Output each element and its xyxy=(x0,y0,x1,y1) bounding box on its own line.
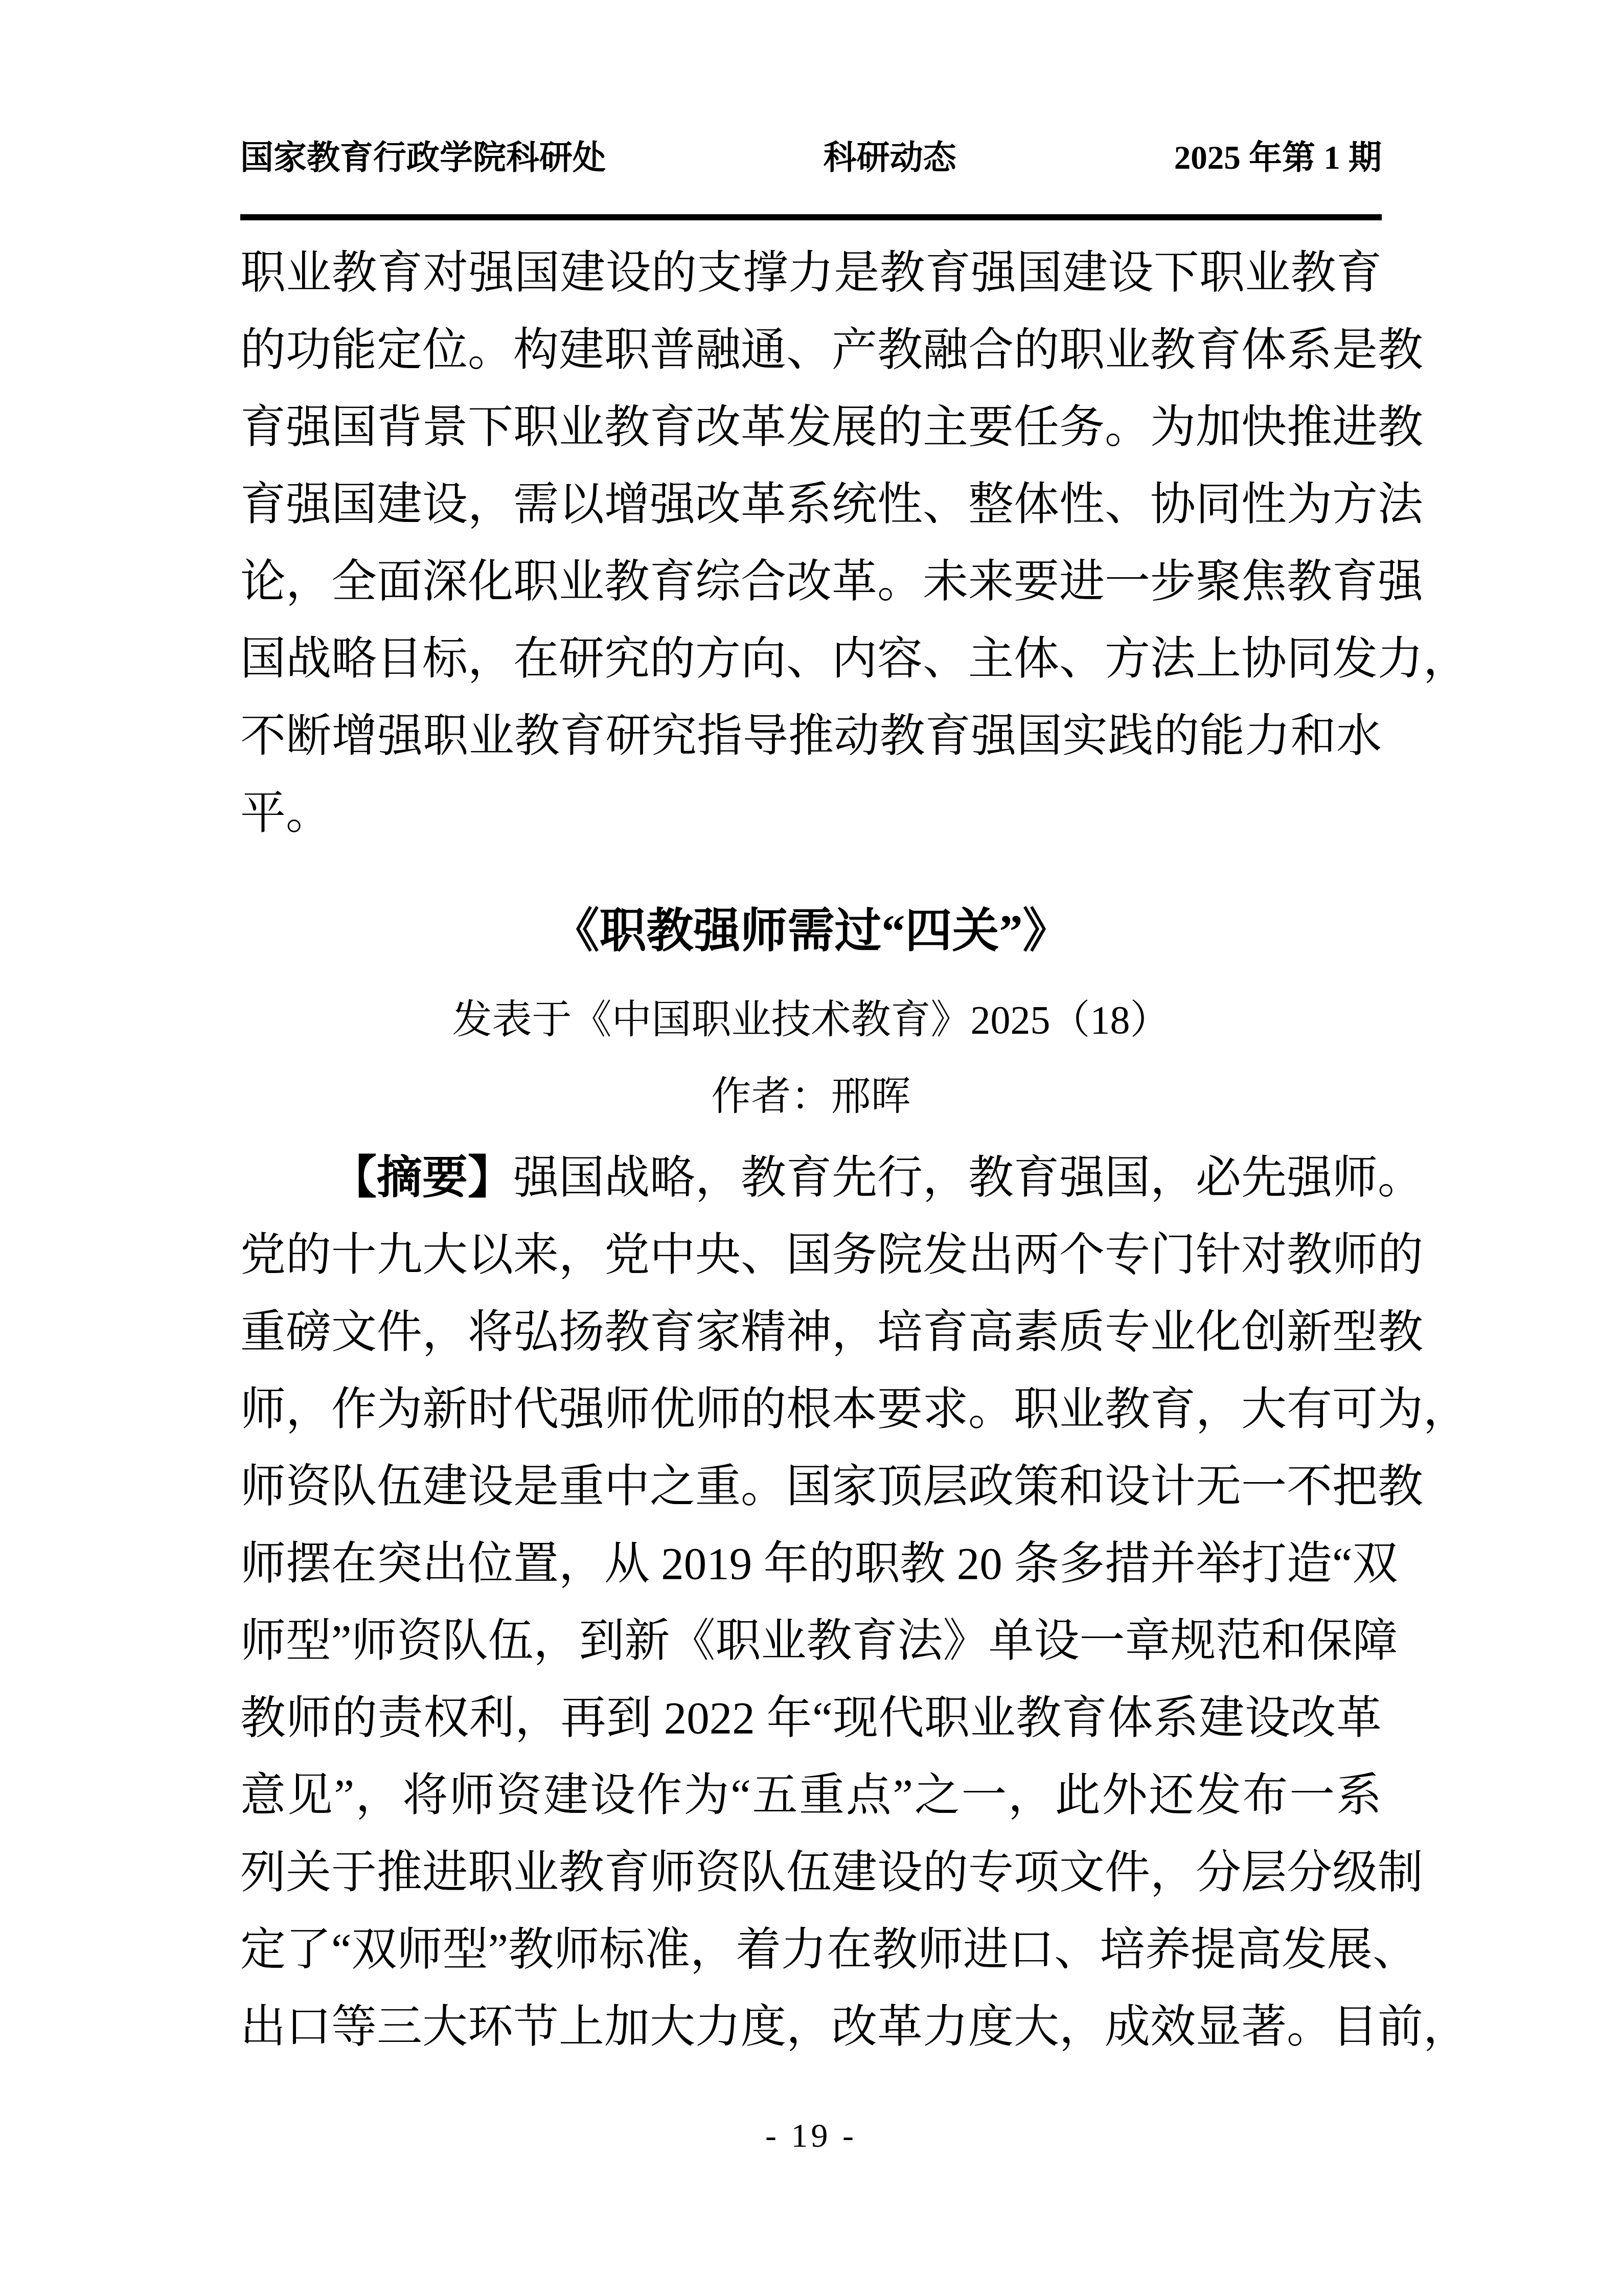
header-publication-title: 科研动态 xyxy=(824,139,956,177)
text-line: 党的十九大以来，党中央、国务院发出两个专门针对教师的 xyxy=(240,1217,1382,1294)
text-line: 定了“双师型”教师标准，着力在教师进口、培养提高发展、 xyxy=(240,1912,1382,1989)
header-rule xyxy=(240,214,1382,220)
page-number: - 19 - xyxy=(0,2111,1622,2161)
text-line: 的功能定位。构建职普融通、产教融合的职业教育体系是教 xyxy=(240,312,1382,389)
text-line: 意见”，将师资建设作为“五重点”之一，此外还发布一系 xyxy=(240,1757,1382,1834)
header-department: 国家教育行政学院科研处 xyxy=(240,139,606,177)
text-line: 师资队伍建设是重中之重。国家顶层政策和设计无一不把教 xyxy=(240,1448,1382,1526)
text-line: 育强国背景下职业教育改革发展的主要任务。为加快推进教 xyxy=(240,389,1382,466)
continued-paragraph: 职业教育对强国建设的支撑力是教育强国建设下职业教育的功能定位。构建职普融通、产教… xyxy=(240,235,1382,852)
article-author: 作者：邢晖 xyxy=(240,1068,1382,1125)
text-line: 列关于推进职业教育师资队伍建设的专项文件，分层分级制 xyxy=(240,1834,1382,1912)
text-line: 职业教育对强国建设的支撑力是教育强国建设下职业教育 xyxy=(240,235,1382,312)
abstract-paragraph: 【摘要】强国战略，教育先行，教育强国，必先强师。 党的十九大以来，党中央、国务院… xyxy=(240,1140,1382,2066)
article-title: 《职教强师需过“四关”》 xyxy=(240,899,1382,963)
abstract-lines: 党的十九大以来，党中央、国务院发出两个专门针对教师的重磅文件，将弘扬教育家精神，… xyxy=(240,1217,1382,2066)
text-line: 出口等三大环节上加大力度，改革力度大，成效显著。目前， xyxy=(240,1989,1382,2066)
text-line: 师，作为新时代强师优师的根本要求。职业教育，大有可为， xyxy=(240,1371,1382,1448)
text-line: 论，全面深化职业教育综合改革。未来要进一步聚焦教育强 xyxy=(240,543,1382,621)
text-line: 国战略目标，在研究的方向、内容、主体、方法上协同发力， xyxy=(240,621,1382,698)
text-line: 平。 xyxy=(240,775,1382,852)
page-content: 国家教育行政学院科研处 科研动态 2025 年第 1 期 职业教育对强国建设的支… xyxy=(0,0,1622,2066)
text-line: 师摆在突出位置，从 2019 年的职教 20 条多措并举打造“双 xyxy=(240,1526,1382,1603)
page-header: 国家教育行政学院科研处 科研动态 2025 年第 1 期 xyxy=(240,0,1382,177)
text-line: 育强国建设，需以增强改革系统性、整体性、协同性为方法 xyxy=(240,466,1382,543)
text-line: 不断增强职业教育研究指导推动教育强国实践的能力和水 xyxy=(240,698,1382,775)
text-line: 师型”师资队伍，到新《职业教育法》单设一章规范和保障 xyxy=(240,1603,1382,1680)
abstract-label: 【摘要】 xyxy=(331,1153,513,1203)
abstract-first-line: 【摘要】强国战略，教育先行，教育强国，必先强师。 xyxy=(240,1140,1382,1217)
text-line: 教师的责权利，再到 2022 年“现代职业教育体系建设改革 xyxy=(240,1680,1382,1757)
abstract-first-line-text: 强国战略，教育先行，教育强国，必先强师。 xyxy=(513,1153,1423,1203)
document-page: 国家教育行政学院科研处 科研动态 2025 年第 1 期 职业教育对强国建设的支… xyxy=(0,0,1622,2296)
header-issue-label: 2025 年第 1 期 xyxy=(1174,139,1382,177)
article-subtitle: 发表于《中国职业技术教育》2025（18） xyxy=(240,991,1382,1049)
text-line: 重磅文件，将弘扬教育家精神，培育高素质专业化创新型教 xyxy=(240,1294,1382,1371)
